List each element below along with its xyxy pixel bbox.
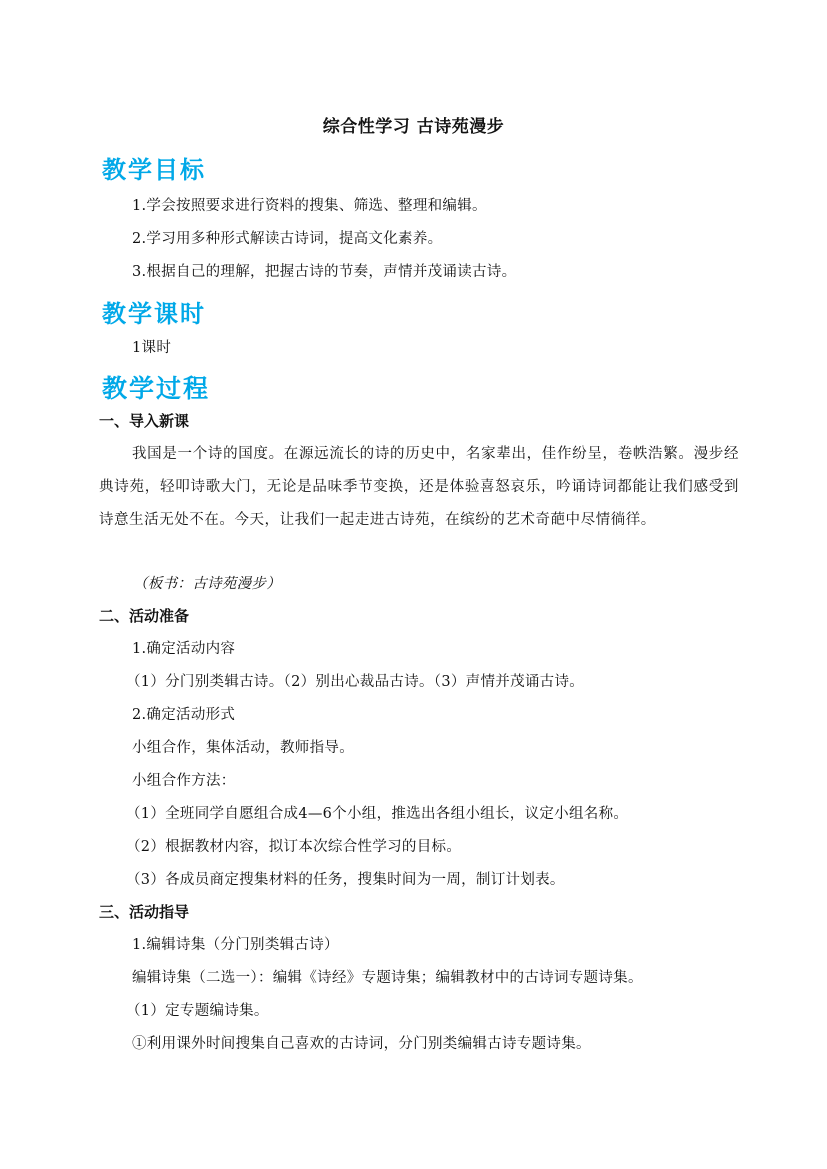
subheading-preparation: 二、活动准备	[99, 605, 189, 626]
prep-line-3: 2.确定活动形式	[132, 703, 235, 724]
document-page: 综合性学习 古诗苑漫步 教学目标 1.学会按照要求进行资料的搜集、筛选、整理和编…	[0, 0, 827, 1169]
goal-item-3: 3.根据自己的理解，把握古诗的节奏，声情并茂诵读古诗。	[132, 260, 516, 281]
guide-line-3: （1）定专题编诗集。	[126, 999, 269, 1020]
document-title: 综合性学习 古诗苑漫步	[0, 112, 827, 137]
intro-paragraph: 我国是一个诗的国度。在源远流长的诗的历史中，名家辈出，佳作纷呈，卷帙浩繁。漫步经…	[99, 438, 739, 537]
prep-line-1: 1.确定活动内容	[132, 637, 235, 658]
prep-line-6: （1）全班同学自愿组合成4—6个小组，推选出各组小组长，议定小组名称。	[126, 802, 628, 823]
guide-line-1: 1.编辑诗集（分门别类辑古诗）	[132, 933, 339, 954]
goal-item-1: 1.学会按照要求进行资料的搜集、筛选、整理和编辑。	[132, 194, 487, 215]
prep-line-5: 小组合作方法：	[132, 769, 236, 790]
section-heading-hours: 教学课时	[102, 294, 206, 329]
guide-line-4: ①利用课外时间搜集自己喜欢的古诗词，分门别类编辑古诗专题诗集。	[132, 1032, 591, 1053]
prep-line-2: （1）分门别类辑古诗。（2）别出心裁品古诗。（3）声情并茂诵古诗。	[126, 670, 584, 691]
goal-item-2: 2.学习用多种形式解读古诗词，提高文化素养。	[132, 227, 442, 248]
hours-value: 1课时	[132, 336, 171, 357]
prep-line-7: （2）根据教材内容，拟订本次综合性学习的目标。	[126, 835, 461, 856]
subheading-intro: 一、导入新课	[99, 410, 189, 431]
prep-line-8: （3）各成员商定搜集材料的任务，搜集时间为一周，制订计划表。	[126, 868, 565, 889]
prep-line-4: 小组合作，集体活动，教师指导。	[132, 736, 354, 757]
subheading-guidance: 三、活动指导	[99, 901, 189, 922]
guide-line-2: 编辑诗集（二选一）：编辑《诗经》专题诗集；编辑教材中的古诗词专题诗集。	[132, 966, 643, 987]
section-heading-goals: 教学目标	[102, 150, 206, 185]
section-heading-process: 教学过程	[102, 369, 210, 405]
board-note: （板书：古诗苑漫步）	[133, 572, 281, 593]
